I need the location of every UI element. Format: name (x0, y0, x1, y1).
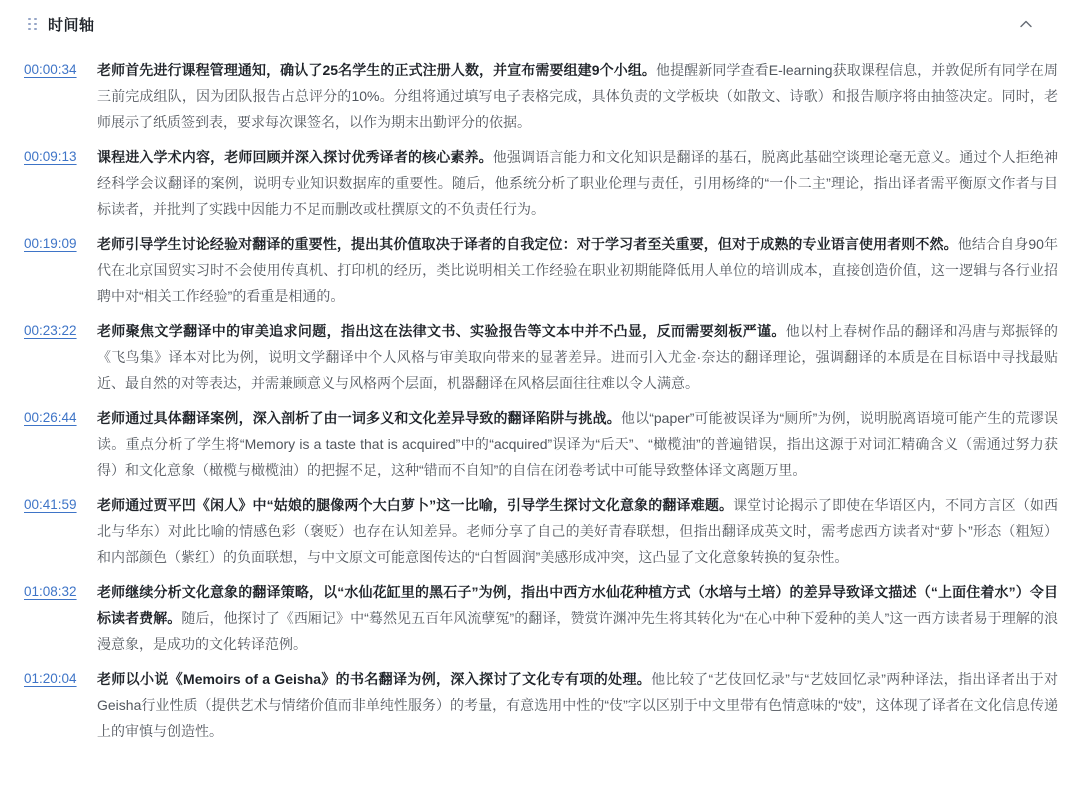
timeline-entry: 00:41:59 老师通过贾平凹《闲人》中“姑娘的腿像两个大白萝卜”这一比喻，引… (24, 492, 1058, 570)
entry-text: 老师聚焦文学翻译中的审美追求问题，指出这在法律文书、实验报告等文本中并不凸显，反… (97, 318, 1058, 396)
panel-header: 时间轴 (24, 8, 1058, 40)
timestamp-link[interactable]: 00:26:44 (24, 405, 86, 431)
entry-lead: 老师通过贾平凹《闲人》中“姑娘的腿像两个大白萝卜”这一比喻，引导学生探讨文化意象… (97, 497, 733, 513)
timestamp-link[interactable]: 00:41:59 (24, 492, 86, 518)
entry-text: 老师通过贾平凹《闲人》中“姑娘的腿像两个大白萝卜”这一比喻，引导学生探讨文化意象… (97, 492, 1058, 570)
timestamp-link[interactable]: 00:19:09 (24, 231, 86, 257)
entry-detail: 随后，他探讨了《西厢记》中“蓦然见五百年风流孽冤”的翻译，赞赏许渊冲先生将其转化… (97, 610, 1058, 652)
timeline-entries: 00:00:34 老师首先进行课程管理通知，确认了25名学生的正式注册人数，并宣… (24, 40, 1058, 744)
drag-handle-icon[interactable] (28, 18, 37, 31)
timeline-entry: 00:23:22 老师聚焦文学翻译中的审美追求问题，指出这在法律文书、实验报告等… (24, 318, 1058, 396)
timeline-entry: 00:19:09 老师引导学生讨论经验对翻译的重要性，提出其价值取决于译者的自我… (24, 231, 1058, 309)
timeline-entry: 00:09:13 课程进入学术内容，老师回顾并深入探讨优秀译者的核心素养。他强调… (24, 144, 1058, 222)
entry-lead: 老师首先进行课程管理通知，确认了25名学生的正式注册人数，并宣布需要组建9个小组… (97, 62, 656, 78)
entry-lead: 老师以小说《Memoirs of a Geisha》的书名翻译为例，深入探讨了文… (97, 671, 651, 687)
timestamp-link[interactable]: 00:09:13 (24, 144, 86, 170)
entry-lead: 课程进入学术内容，老师回顾并深入探讨优秀译者的核心素养。 (97, 149, 493, 165)
entry-text: 老师继续分析文化意象的翻译策略，以“水仙花缸里的黑石子”为例，指出中西方水仙花种… (97, 579, 1058, 657)
entry-text: 老师以小说《Memoirs of a Geisha》的书名翻译为例，深入探讨了文… (97, 666, 1058, 744)
panel-title: 时间轴 (48, 14, 95, 35)
timeline-panel: 时间轴 00:00:34 老师首先进行课程管理通知，确认了25名学生的正式注册人… (0, 0, 1080, 744)
timestamp-link[interactable]: 01:08:32 (24, 579, 86, 605)
timeline-entry: 00:26:44 老师通过具体翻译案例，深入剖析了由一词多义和文化差异导致的翻译… (24, 405, 1058, 483)
entry-text: 老师首先进行课程管理通知，确认了25名学生的正式注册人数，并宣布需要组建9个小组… (97, 57, 1058, 135)
entry-lead: 老师通过具体翻译案例，深入剖析了由一词多义和文化差异导致的翻译陷阱与挑战。 (97, 410, 621, 426)
chevron-up-icon[interactable] (1016, 14, 1036, 34)
timeline-entry: 01:08:32 老师继续分析文化意象的翻译策略，以“水仙花缸里的黑石子”为例，… (24, 579, 1058, 657)
entry-text: 课程进入学术内容，老师回顾并深入探讨优秀译者的核心素养。他强调语言能力和文化知识… (97, 144, 1058, 222)
entry-lead: 老师聚焦文学翻译中的审美追求问题，指出这在法律文书、实验报告等文本中并不凸显，反… (97, 323, 786, 339)
entry-text: 老师通过具体翻译案例，深入剖析了由一词多义和文化差异导致的翻译陷阱与挑战。他以“… (97, 405, 1058, 483)
timestamp-link[interactable]: 00:00:34 (24, 57, 86, 83)
timeline-entry: 00:00:34 老师首先进行课程管理通知，确认了25名学生的正式注册人数，并宣… (24, 57, 1058, 135)
timestamp-link[interactable]: 01:20:04 (24, 666, 86, 692)
timeline-entry: 01:20:04 老师以小说《Memoirs of a Geisha》的书名翻译… (24, 666, 1058, 744)
entry-lead: 老师引导学生讨论经验对翻译的重要性，提出其价值取决于译者的自我定位：对于学习者至… (97, 236, 958, 252)
timestamp-link[interactable]: 00:23:22 (24, 318, 86, 344)
entry-text: 老师引导学生讨论经验对翻译的重要性，提出其价值取决于译者的自我定位：对于学习者至… (97, 231, 1058, 309)
